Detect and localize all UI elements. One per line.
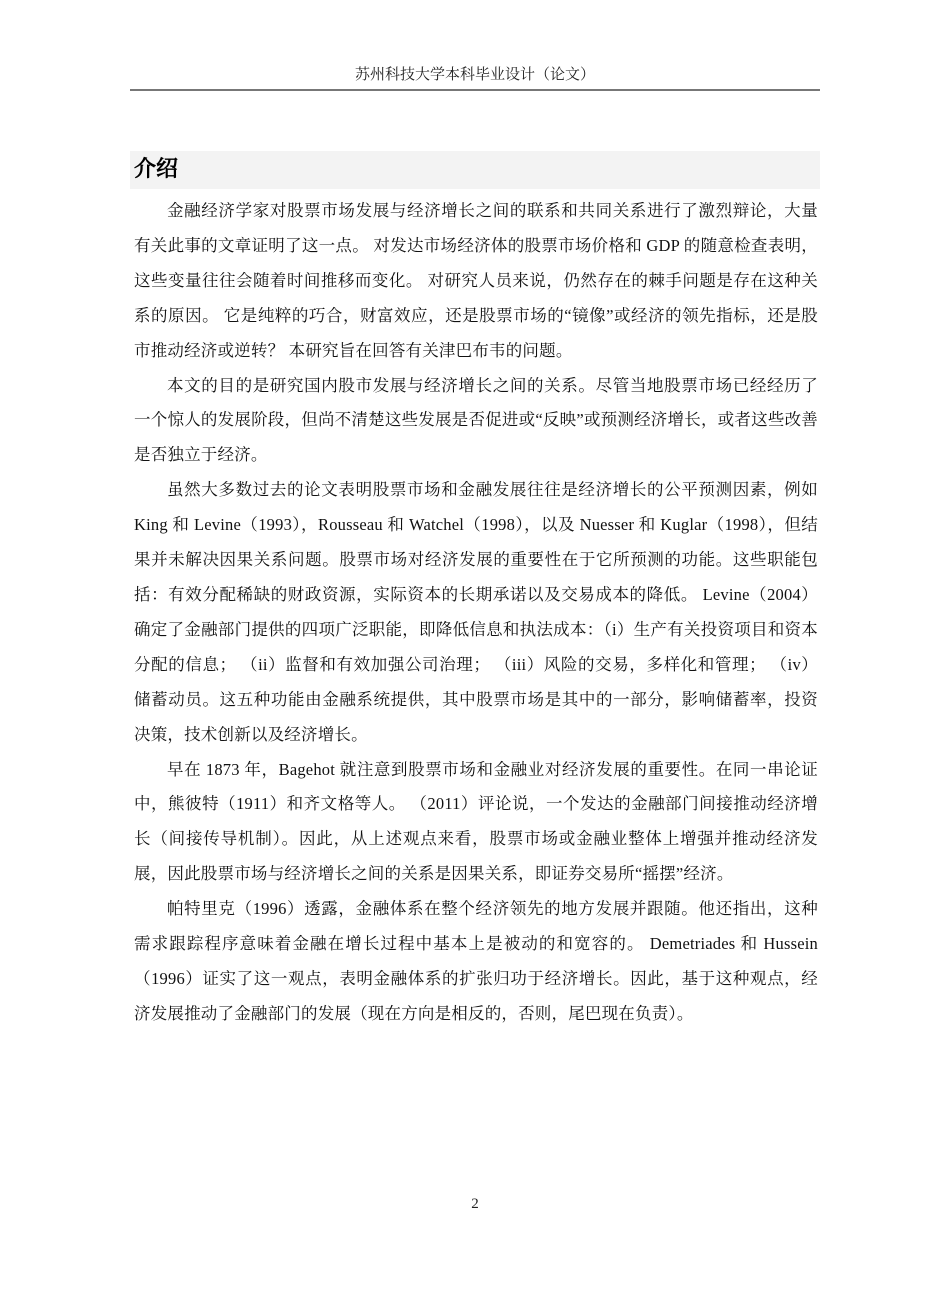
page-header: 苏州科技大学本科毕业设计（论文） [130, 64, 820, 91]
section-heading: 介绍 [130, 151, 820, 189]
header-divider [130, 89, 820, 91]
paragraph-3: 虽然大多数过去的论文表明股票市场和金融发展往往是经济增长的公平预测因素，例如 K… [134, 473, 818, 752]
paragraph-5: 帕特里克（1996）透露，金融体系在整个经济领先的地方发展并跟随。他还指出，这种… [134, 892, 818, 1032]
body-text: 金融经济学家对股票市场发展与经济增长之间的联系和共同关系进行了激烈辩论，大量有关… [134, 194, 818, 1032]
paragraph-4: 早在 1873 年，Bagehot 就注意到股票市场和金融业对经济发展的重要性。… [134, 753, 818, 893]
page-number: 2 [130, 1193, 820, 1215]
paragraph-2: 本文的目的是研究国内股市发展与经济增长之间的关系。尽管当地股票市场已经经历了一个… [134, 369, 818, 474]
paragraph-1: 金融经济学家对股票市场发展与经济增长之间的联系和共同关系进行了激烈辩论，大量有关… [134, 194, 818, 369]
